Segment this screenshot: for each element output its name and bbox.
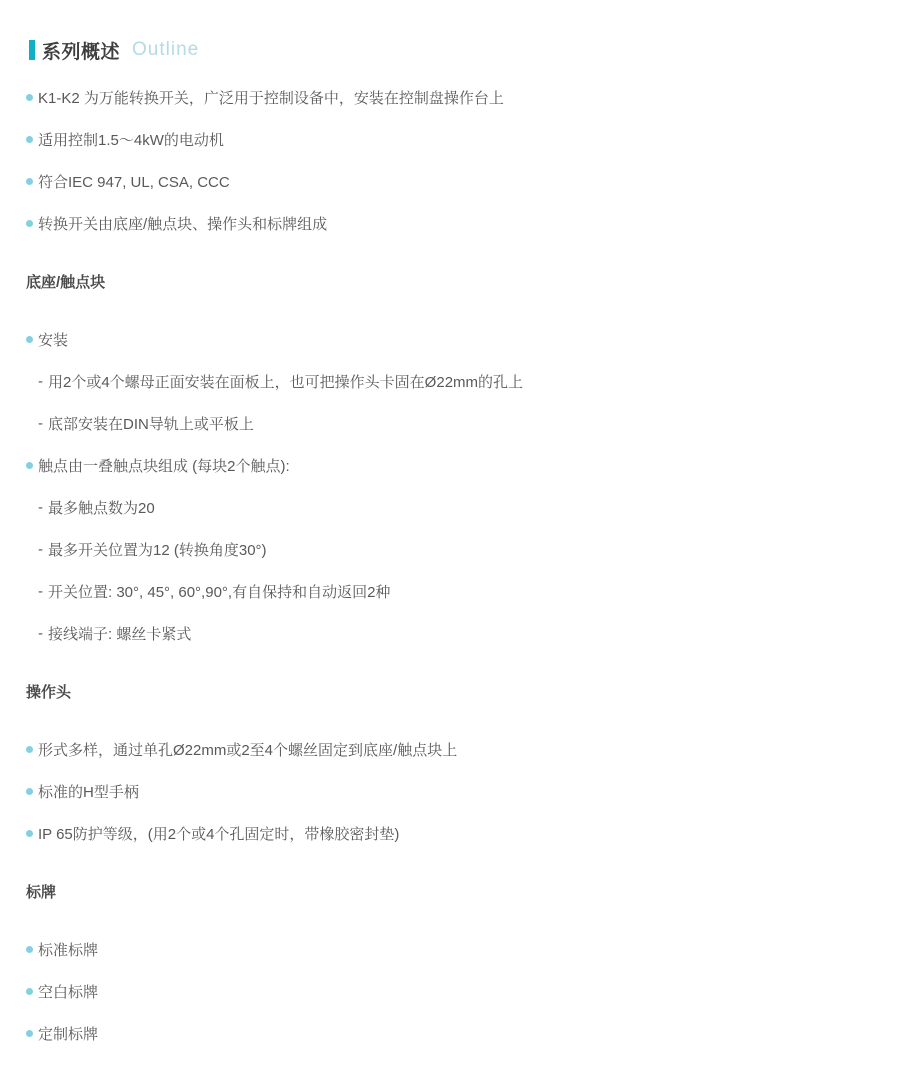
bullet-icon bbox=[26, 136, 33, 143]
dash-icon: - bbox=[38, 541, 43, 558]
list-item-text: 安装 bbox=[38, 329, 68, 350]
section-heading-text: 标牌 bbox=[26, 881, 56, 902]
page-header: 系列概述 Outline bbox=[29, 38, 870, 62]
dash-icon: - bbox=[38, 625, 43, 642]
list-item-text: 最多触点数为20 bbox=[48, 497, 155, 518]
section-heading-legend-plate: 标牌 bbox=[26, 870, 870, 912]
dash-icon: - bbox=[38, 583, 43, 600]
bullet-icon bbox=[26, 462, 33, 469]
dash-icon: - bbox=[38, 415, 43, 432]
bullet-icon bbox=[26, 94, 33, 101]
section-heading-operator-head: 操作头 bbox=[26, 670, 870, 712]
list-item-text: IP 65防护等级，(用2个或4个孔固定时，带橡胶密封垫) bbox=[38, 823, 399, 844]
bullet-icon bbox=[26, 788, 33, 795]
list-item-text: 最多开关位置为12 (转换角度30°) bbox=[48, 539, 267, 560]
dash-icon: - bbox=[38, 373, 43, 390]
list-sub-item: - 最多触点数为20 bbox=[26, 486, 870, 528]
list-item-text: K1-K2 为万能转换开关，广泛用于控制设备中，安装在控制盘操作台上 bbox=[38, 87, 504, 108]
list-item: 空白标牌 bbox=[26, 970, 870, 1012]
dash-icon: - bbox=[38, 499, 43, 516]
list-item-text: 符合IEC 947, UL, CSA, CCC bbox=[38, 171, 230, 192]
list-item-text: 标准标牌 bbox=[38, 939, 98, 960]
bullet-icon bbox=[26, 336, 33, 343]
accent-bar-icon bbox=[29, 40, 35, 60]
list-item-text: 接线端子: 螺丝卡紧式 bbox=[48, 623, 191, 644]
list-item-text: 底部安装在DIN导轨上或平板上 bbox=[48, 413, 254, 434]
list-item-text: 转换开关由底座/触点块、操作头和标牌组成 bbox=[38, 213, 327, 234]
list-item-text: 空白标牌 bbox=[38, 981, 98, 1002]
page-title: 系列概述 bbox=[42, 37, 120, 64]
list-item: 定制标牌 bbox=[26, 1012, 870, 1054]
bullet-icon bbox=[26, 1030, 33, 1037]
list-item-text: 适用控制1.5～4kW的电动机 bbox=[38, 129, 224, 150]
list-sub-item: - 最多开关位置为12 (转换角度30°) bbox=[26, 528, 870, 570]
list-item-text: 定制标牌 bbox=[38, 1023, 98, 1044]
bullet-icon bbox=[26, 988, 33, 995]
list-item: 转换开关由底座/触点块、操作头和标牌组成 bbox=[26, 202, 870, 244]
list-sub-item: - 接线端子: 螺丝卡紧式 bbox=[26, 612, 870, 654]
list-item: 安装 bbox=[26, 318, 870, 360]
page-subtitle: Outline bbox=[132, 39, 199, 61]
list-item-text: 触点由一叠触点块组成 (每块2个触点): bbox=[38, 455, 290, 476]
list-item: K1-K2 为万能转换开关，广泛用于控制设备中，安装在控制盘操作台上 bbox=[26, 76, 870, 118]
section-heading-text: 操作头 bbox=[26, 681, 71, 702]
list-item-text: 用2个或4个螺母正面安装在面板上，也可把操作头卡固在Ø22mm的孔上 bbox=[48, 371, 523, 392]
list-item: 标准标牌 bbox=[26, 928, 870, 970]
section-heading-text: 底座/触点块 bbox=[26, 271, 105, 292]
list-item-text: 标准的H型手柄 bbox=[38, 781, 139, 802]
bullet-icon bbox=[26, 178, 33, 185]
list-item: 触点由一叠触点块组成 (每块2个触点): bbox=[26, 444, 870, 486]
bullet-icon bbox=[26, 946, 33, 953]
outline-page: 系列概述 Outline K1-K2 为万能转换开关，广泛用于控制设备中，安装在… bbox=[0, 0, 900, 1054]
list-sub-item: - 底部安装在DIN导轨上或平板上 bbox=[26, 402, 870, 444]
list-sub-item: - 开关位置: 30°, 45°, 60°,90°,有自保持和自动返回2种 bbox=[26, 570, 870, 612]
list-sub-item: - 用2个或4个螺母正面安装在面板上，也可把操作头卡固在Ø22mm的孔上 bbox=[26, 360, 870, 402]
bullet-icon bbox=[26, 220, 33, 227]
list-item: 符合IEC 947, UL, CSA, CCC bbox=[26, 160, 870, 202]
list-item: 适用控制1.5～4kW的电动机 bbox=[26, 118, 870, 160]
section-heading-base-contact-block: 底座/触点块 bbox=[26, 260, 870, 302]
bullet-icon bbox=[26, 746, 33, 753]
list-item: IP 65防护等级，(用2个或4个孔固定时，带橡胶密封垫) bbox=[26, 812, 870, 854]
list-item-text: 形式多样，通过单孔Ø22mm或2至4个螺丝固定到底座/触点块上 bbox=[38, 739, 457, 760]
bullet-icon bbox=[26, 830, 33, 837]
list-item: 标准的H型手柄 bbox=[26, 770, 870, 812]
list-item-text: 开关位置: 30°, 45°, 60°,90°,有自保持和自动返回2种 bbox=[48, 581, 390, 602]
list-item: 形式多样，通过单孔Ø22mm或2至4个螺丝固定到底座/触点块上 bbox=[26, 728, 870, 770]
